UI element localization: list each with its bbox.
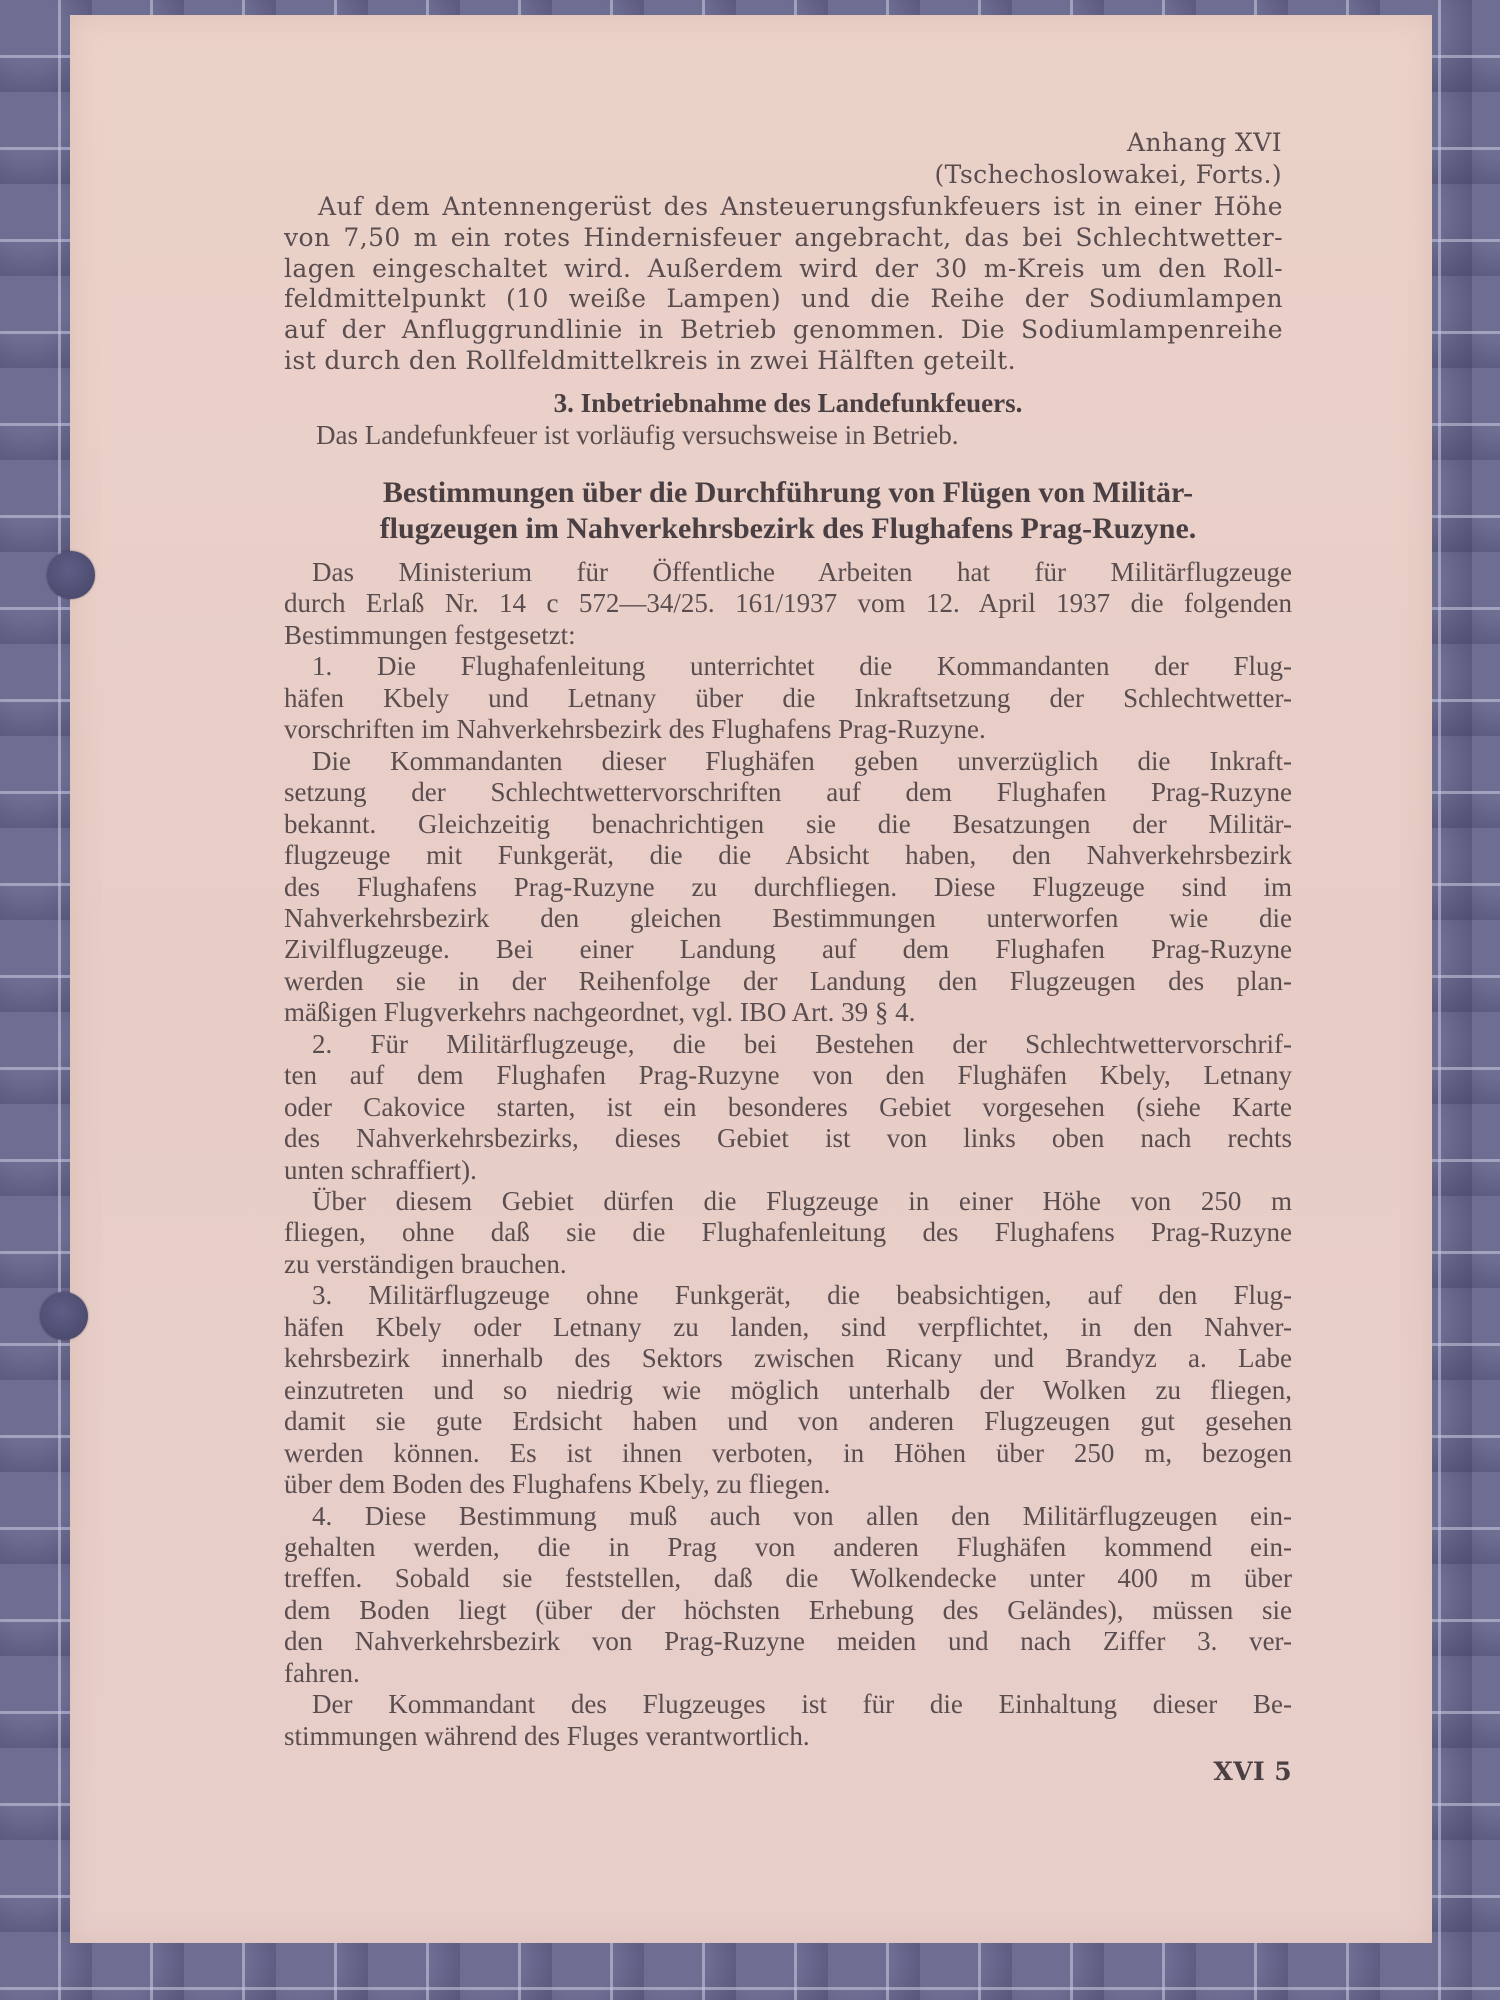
text-line: Die Kommandanten dieser Flughäfen geben …: [312, 746, 1292, 776]
punch-hole: [40, 1292, 88, 1340]
text-line: den Nahverkehrsbezirk von Prag-Ruzyne me…: [284, 1626, 1292, 1656]
text-line: Auf dem Antennengerüst des Ansteuerungsf…: [318, 192, 1283, 222]
text-line: stimmungen während des Fluges verantwort…: [284, 1721, 810, 1751]
country-label: (Tschechoslowakei, Forts.): [800, 160, 1282, 190]
text-line: ten auf dem Flughafen Prag-Ruzyne von de…: [284, 1060, 1292, 1090]
text-line: des Nahverkehrsbezirks, dieses Gebiet is…: [284, 1123, 1292, 1153]
text-line: zu verständigen brauchen.: [284, 1249, 567, 1279]
text-line: ist durch den Rollfeldmittelkreis in zwe…: [284, 346, 1016, 376]
text-line: häfen Kbely oder Letnany zu landen, sind…: [284, 1312, 1292, 1342]
text-line: von 7,50 m ein rotes Hindernisfeuer ange…: [284, 223, 1283, 253]
text-line: werden sie in der Reihenfolge der Landun…: [284, 966, 1292, 996]
text-line: über dem Boden des Flughafens Kbely, zu …: [284, 1469, 830, 1499]
text-line: flugzeuge mit Funkgerät, die die Absicht…: [284, 840, 1292, 870]
text-line: 3. Militärflugzeuge ohne Funkgerät, die …: [312, 1280, 1292, 1310]
text-line: gehalten werden, die in Prag von anderen…: [284, 1532, 1292, 1562]
text-line: Der Kommandant des Flugzeuges ist für di…: [312, 1689, 1292, 1719]
text-line: dem Boden liegt (über der höchsten Erheb…: [284, 1595, 1292, 1625]
text-line: fahren.: [284, 1658, 360, 1688]
text-line: vorschriften im Nahverkehrsbezirk des Fl…: [284, 714, 986, 744]
text-line: kehrsbezirk innerhalb des Sektors zwisch…: [284, 1343, 1292, 1373]
text-line: Das Ministerium für Öffentliche Arbeiten…: [312, 557, 1292, 587]
text-line: damit sie gute Erdsicht haben und von an…: [284, 1406, 1292, 1436]
section-heading: 3. Inbetriebnahme des Landefunkfeuers.: [284, 388, 1292, 418]
page-number: XVI 5: [1100, 1757, 1292, 1787]
text-line: mäßigen Flugverkehrs nachgeordnet, vgl. …: [284, 997, 915, 1027]
text-line: Bestimmungen festgesetzt:: [284, 620, 576, 650]
regulations-title-line-1: Bestimmungen über die Durchführung von F…: [284, 478, 1292, 508]
text-line: Zivilflugzeuge. Bei einer Landung auf de…: [284, 934, 1292, 964]
text-line: oder Cakovice starten, ist ein besondere…: [284, 1092, 1292, 1122]
text-line: fliegen, ohne daß sie die Flughafenleitu…: [284, 1217, 1292, 1247]
text-line: durch Erlaß Nr. 14 c 572—34/25. 161/1937…: [284, 588, 1292, 618]
text-line: des Flughafens Prag-Ruzyne zu durchflieg…: [284, 872, 1292, 902]
text-line: 2. Für Militärflugzeuge, die bei Bestehe…: [312, 1029, 1292, 1059]
text-line: unten schraffiert).: [284, 1155, 477, 1185]
section-text: Das Landefunkfeuer ist vorläufig versuch…: [316, 420, 959, 450]
regulations-title-line-2: flugzeugen im Nahverkehrsbezirk des Flug…: [284, 514, 1292, 544]
text-line: treffen. Sobald sie feststellen, daß die…: [284, 1563, 1292, 1593]
text-line: bekannt. Gleichzeitig benachrichtigen si…: [284, 809, 1292, 839]
punch-hole: [47, 551, 95, 599]
appendix-label: Anhang XVI: [900, 128, 1282, 158]
text-line: 1. Die Flughafenleitung unterrichtet die…: [312, 651, 1292, 681]
text-line: lagen eingeschaltet wird. Außerdem wird …: [284, 254, 1283, 284]
text-line: Über diesem Gebiet dürfen die Flugzeuge …: [312, 1186, 1292, 1216]
text-line: feldmittelpunkt (10 weiße Lampen) und di…: [284, 284, 1283, 314]
text-line: auf der Anfluggrundlinie in Betrieb geno…: [284, 315, 1283, 345]
text-line: 4. Diese Bestimmung muß auch von allen d…: [312, 1501, 1292, 1531]
text-line: häfen Kbely und Letnany über die Inkraft…: [284, 683, 1292, 713]
text-line: einzutreten und so niedrig wie möglich u…: [284, 1375, 1292, 1405]
text-line: werden können. Es ist ihnen verboten, in…: [284, 1438, 1292, 1468]
text-line: setzung der Schlechtwettervorschriften a…: [284, 777, 1292, 807]
text-line: Nahverkehrsbezirk den gleichen Bestimmun…: [284, 903, 1292, 933]
